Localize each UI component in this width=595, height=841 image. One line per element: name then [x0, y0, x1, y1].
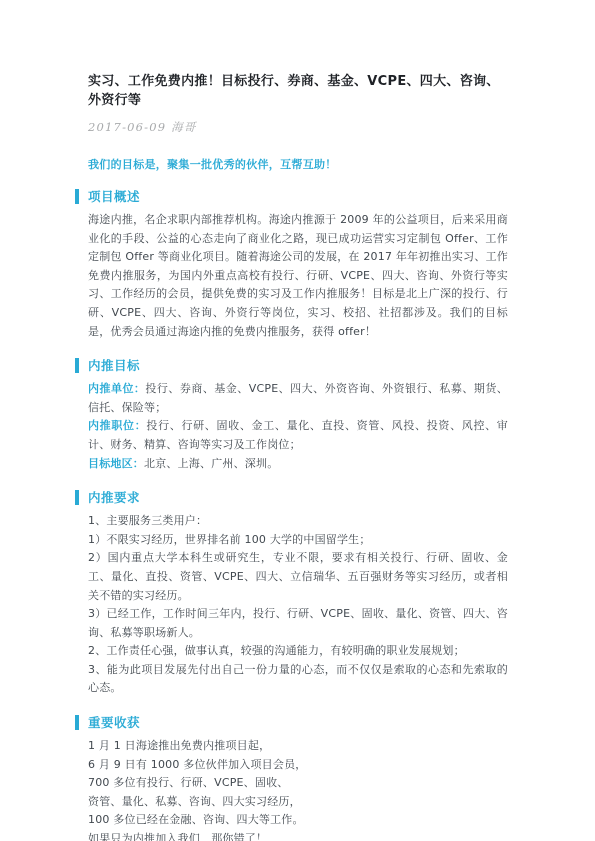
- section-referral-targets: 内推目标 内推单位：投行、券商、基金、VCPE、四大、外资咨询、外资银行、私募、…: [88, 358, 508, 473]
- achievement-line: 700 多位有投行、行研、VCPE、固收、: [88, 774, 508, 793]
- achievement-line: 100 多位已经在金融、咨询、四大等工作。: [88, 811, 508, 830]
- requirement-line: 2）国内重点大学本科生或研究生，专业不限，要求有相关投行、行研、固收、金工、量化…: [88, 549, 508, 605]
- publish-author: 海哥: [171, 120, 196, 134]
- section-project-overview: 项目概述 海途内推，名企求职内部推荐机构。海途内推源于 2009 年的公益项目，…: [88, 189, 508, 341]
- target-positions-line: 内推职位：投行、行研、固收、金工、量化、直投、资管、风投、投资、风控、审计、财务…: [88, 417, 508, 454]
- requirement-line: 3）已经工作，工作时间三年内，投行、行研、VCPE、固收、量化、资管、四大、咨询…: [88, 605, 508, 642]
- achievement-line: 如果只为内推加入我们，那你错了！: [88, 830, 508, 841]
- requirement-line: 1、主要服务三类用户：: [88, 512, 508, 531]
- section-heading-project-overview: 项目概述: [75, 189, 508, 204]
- target-positions-label: 内推职位：: [88, 419, 146, 432]
- target-regions-label: 目标地区：: [88, 457, 144, 470]
- section-heading-referral-targets: 内推目标: [75, 358, 508, 373]
- target-units-label: 内推单位：: [88, 382, 145, 395]
- overview-paragraph: 海途内推，名企求职内部推荐机构。海途内推源于 2009 年的公益项目，后来采用商…: [88, 211, 508, 341]
- achievement-line: 6 月 9 日有 1000 多位伙伴加入项目会员，: [88, 756, 508, 775]
- publish-date: 2017-06-09: [88, 120, 166, 134]
- requirement-line: 1）不限实习经历，世界排名前 100 大学的中国留学生；: [88, 531, 508, 550]
- section-referral-requirements: 内推要求 1、主要服务三类用户： 1）不限实习经历，世界排名前 100 大学的中…: [88, 490, 508, 698]
- slogan-text: 我们的目标是，聚集一批优秀的伙伴，互帮互助！: [88, 156, 508, 172]
- achievement-line: 1 月 1 日海途推出免费内推项目起，: [88, 737, 508, 756]
- article-page: 实习、工作免费内推！目标投行、券商、基金、VCPE、四大、咨询、外资行等 201…: [0, 0, 595, 841]
- publish-meta: 2017-06-09 海哥: [88, 119, 508, 135]
- target-units-text: 投行、券商、基金、VCPE、四大、外资咨询、外资银行、私募、期货、信托、保险等；: [88, 382, 508, 414]
- target-positions-text: 投行、行研、固收、金工、量化、直投、资管、风投、投资、风控、审计、财务、精算、咨…: [88, 419, 508, 451]
- requirement-line: 3、能为此项目发展先付出自己一份力量的心态，而不仅仅是索取的心态和先索取的心态。: [88, 661, 508, 698]
- target-regions-text: 北京、上海、广州、深圳。: [144, 457, 278, 470]
- section-heading-referral-requirements: 内推要求: [75, 490, 508, 505]
- target-units-line: 内推单位：投行、券商、基金、VCPE、四大、外资咨询、外资银行、私募、期货、信托…: [88, 380, 508, 417]
- section-key-achievements: 重要收获 1 月 1 日海途推出免费内推项目起， 6 月 9 日有 1000 多…: [88, 715, 508, 841]
- target-regions-line: 目标地区：北京、上海、广州、深圳。: [88, 455, 508, 474]
- requirement-line: 2、工作责任心强，做事认真，较强的沟通能力，有较明确的职业发展规划；: [88, 642, 508, 661]
- achievement-line: 资管、量化、私募、咨询、四大实习经历，: [88, 793, 508, 812]
- page-title: 实习、工作免费内推！目标投行、券商、基金、VCPE、四大、咨询、外资行等: [88, 72, 508, 110]
- section-heading-key-achievements: 重要收获: [75, 715, 508, 730]
